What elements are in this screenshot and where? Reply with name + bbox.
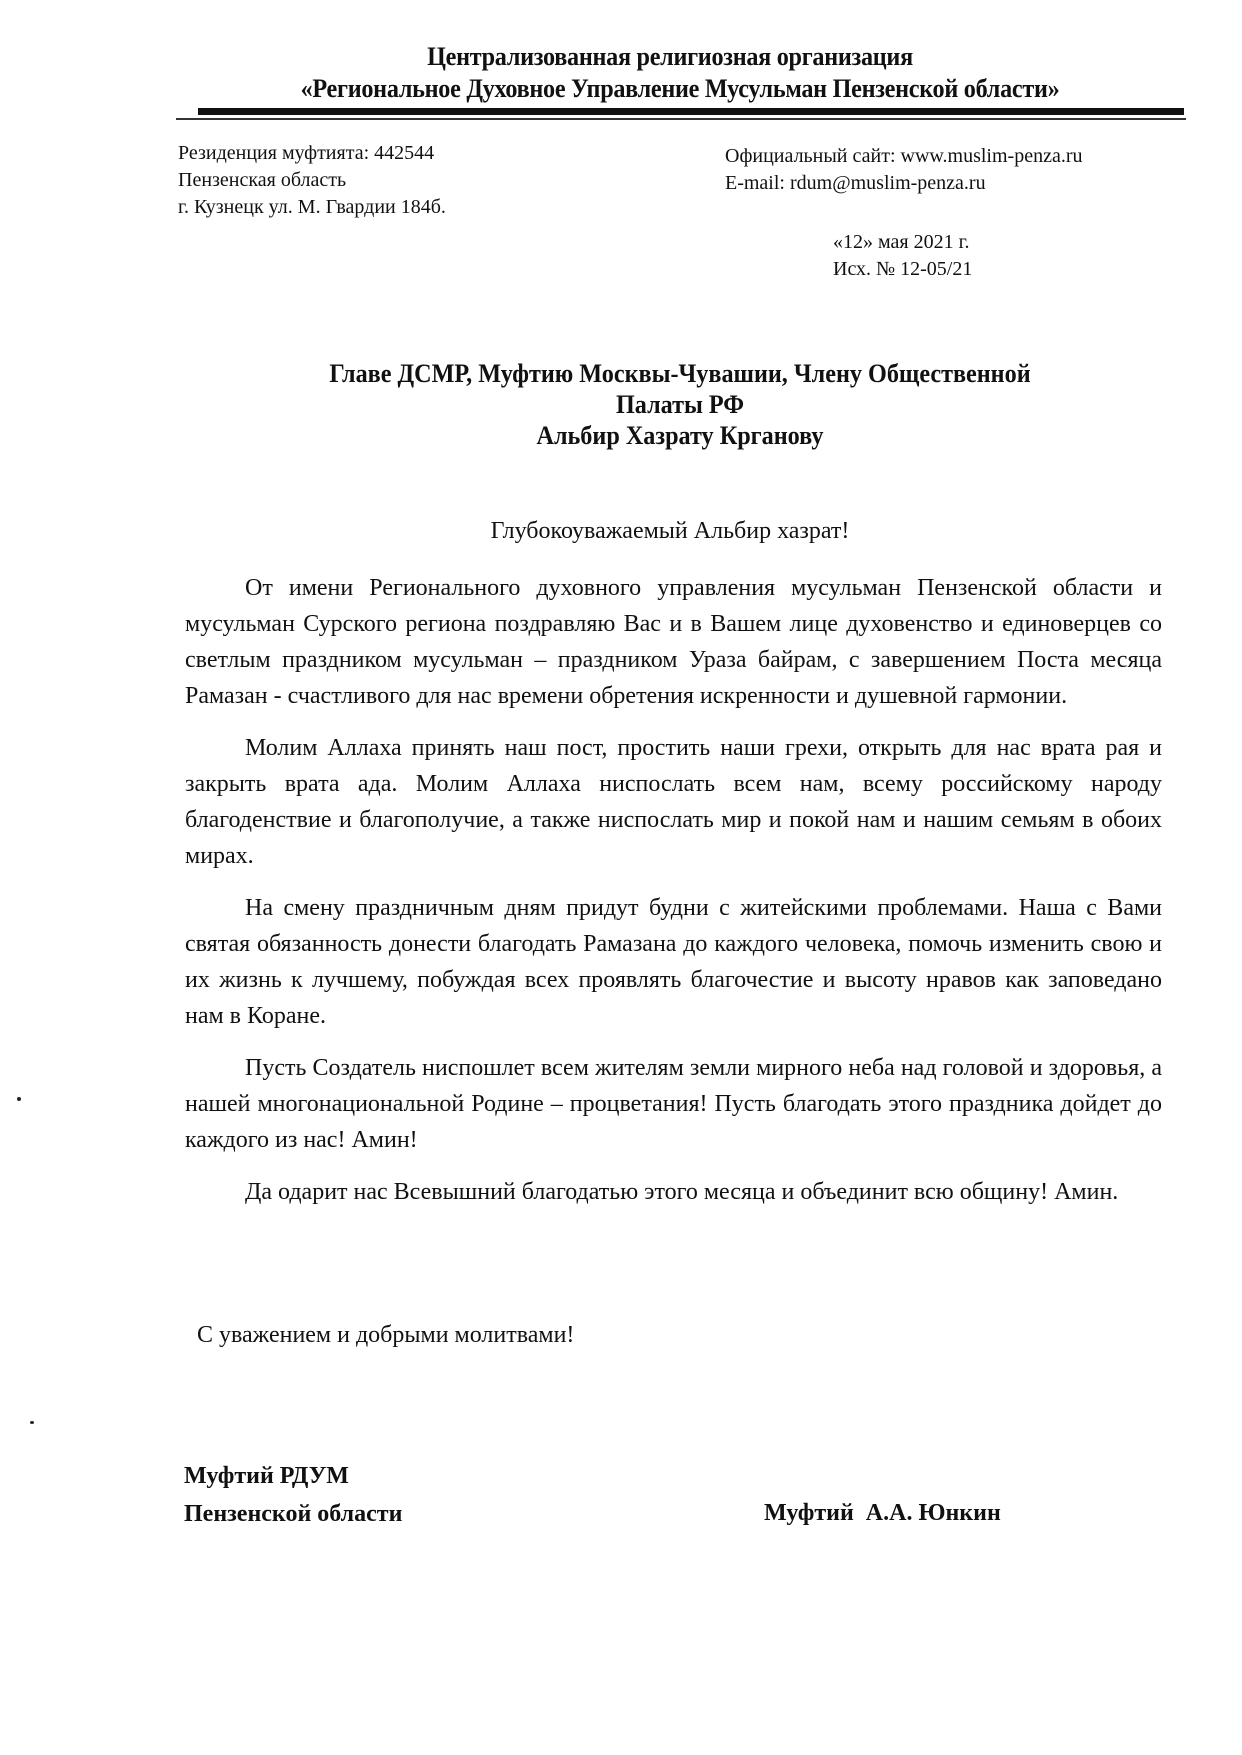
signatory-title: Муфтий РДУМ Пензенской области (184, 1457, 402, 1533)
scan-speck (17, 1097, 21, 1101)
address-line-postcode: Резиденция муфтията: 442544 (178, 140, 446, 167)
website-text: Официальный сайт: www.muslim-penza.ru (725, 143, 1083, 170)
letterhead-rule-thin (176, 118, 1186, 120)
address-line-region: Пензенская область (178, 167, 446, 194)
signatory-title-line-1: Муфтий РДУМ (184, 1457, 402, 1495)
letter-body: От имени Регионального духовного управле… (185, 570, 1162, 1226)
residence-address: Резиденция муфтията: 442544 Пензенская о… (178, 140, 446, 221)
salutation: Глубокоуважаемый Альбир хазрат! (170, 518, 1170, 545)
date-reference-block: «12» мая 2021 г. Исх. № 12-05/21 (833, 229, 972, 283)
body-paragraph: Пусть Создатель ниспошлет всем жителям з… (185, 1050, 1162, 1158)
letterhead-org-type: Централизованная религиозная организация (186, 42, 1153, 72)
addressee-line-2: Палаты РФ (215, 389, 1145, 420)
email-text: E-mail: rdum@muslim-penza.ru (725, 170, 1083, 197)
letterhead-org-name: «Региональное Духовное Управление Мусуль… (196, 74, 1163, 104)
body-paragraph: От имени Регионального духовного управле… (185, 570, 1162, 714)
scan-speck (30, 1421, 34, 1424)
addressee-block: Главе ДСМР, Муфтию Москвы-Чувашии, Члену… (215, 358, 1145, 451)
outgoing-number: Исх. № 12-05/21 (833, 256, 972, 283)
letter-page: Централизованная религиозная организация… (0, 0, 1242, 1755)
body-paragraph: Молим Аллаха принять наш пост, простить … (185, 730, 1162, 874)
address-line-street: г. Кузнецк ул. М. Гвардии 184б. (178, 194, 446, 221)
addressee-name: Альбир Хазрату Крганову (215, 420, 1145, 451)
letterhead-rule-thick (198, 108, 1184, 115)
body-paragraph: На смену праздничным дням придут будни с… (185, 890, 1162, 1034)
body-paragraph: Да одарит нас Всевышний благодатью этого… (185, 1174, 1162, 1210)
signatory-title-line-2: Пензенской области (184, 1495, 402, 1533)
signatory-name: Муфтий А.А. Юнкин (764, 1500, 1001, 1527)
letter-date: «12» мая 2021 г. (833, 229, 972, 256)
addressee-line-1: Главе ДСМР, Муфтию Москвы-Чувашии, Члену… (215, 358, 1145, 389)
closing-phrase: С уважением и добрыми молитвами! (197, 1322, 574, 1349)
contacts-block: Официальный сайт: www.muslim-penza.ru E-… (725, 143, 1083, 197)
